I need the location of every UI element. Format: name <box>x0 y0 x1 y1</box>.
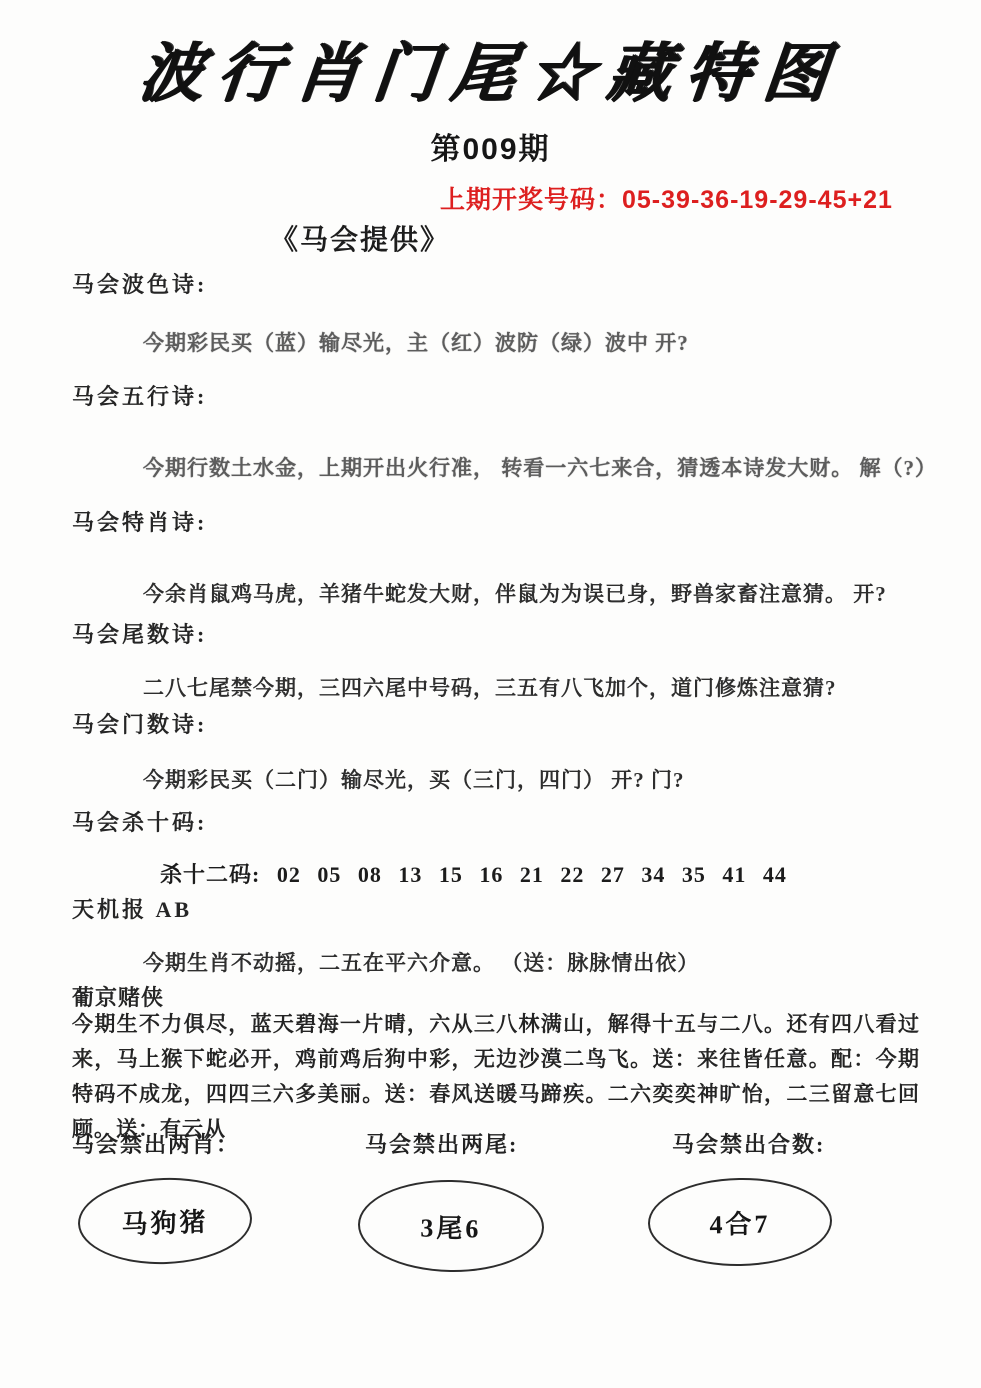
poem-weishu: 二八七尾禁今期，三四六尾中号码，三五有八飞加个，道门修炼注意猜? <box>143 672 837 702</box>
poem-menshu: 今期彩民买（二门）输尽光，买（三门，四门） 开? 门? <box>143 764 685 794</box>
ban-value-sum: 4合7 <box>709 1203 771 1241</box>
section-heading-wuxing: 马会五行诗: <box>72 380 207 411</box>
killed-numbers-line: 杀十二码: 02 05 08 13 15 16 21 22 27 34 35 4… <box>160 858 787 889</box>
poem-tianji: 今期生肖不动摇，二五在平六介意。 （送：脉脉情出依） <box>143 947 699 977</box>
ban-ellipse-tails: 3尾6 <box>357 1178 545 1273</box>
ban-ellipse-zodiac: 马狗猪 <box>77 1175 254 1267</box>
poem-texiao: 今余肖鼠鸡马虎，羊猪牛蛇发大财，伴鼠为为误已身，野兽家畜注意猜。 开? <box>143 578 887 608</box>
ban-label-sum: 马会禁出合数: <box>672 1128 825 1159</box>
section-heading-bose: 马会波色诗: <box>72 268 207 299</box>
provider-caption: 《马会提供》 <box>270 218 450 258</box>
lottery-tip-sheet: 波行肖门尾☆藏特图 第009期 上期开奖号码：05-39-36-19-29-45… <box>0 0 981 1388</box>
section-heading-texiao: 马会特肖诗: <box>72 506 207 537</box>
sheet-title: 波行肖门尾☆藏特图 <box>0 22 981 114</box>
pujing-verse: 今期生不力俱尽，蓝天碧海一片晴，六从三八林满山，解得十五与二八。还有四八看过来，… <box>72 1007 920 1147</box>
ban-label-tails: 马会禁出两尾: <box>365 1128 518 1159</box>
ban-value-tails: 3尾6 <box>420 1207 482 1245</box>
section-heading-weishu: 马会尾数诗: <box>72 618 207 649</box>
poem-bose: 今期彩民买（蓝）输尽光，主（红）波防（绿）波中 开? <box>143 327 689 357</box>
ban-label-zodiac: 马会禁出两肖： <box>72 1128 240 1159</box>
poem-wuxing: 今期行数土水金，上期开出火行准， 转看一六七来合，猜透本诗发大财。 解（?） <box>143 452 937 482</box>
section-heading-menshu: 马会门数诗: <box>72 708 207 739</box>
ban-value-zodiac: 马狗猪 <box>121 1201 209 1241</box>
section-heading-tianji: 天机报 AB <box>72 893 192 924</box>
last-draw-numbers: 上期开奖号码：05-39-36-19-29-45+21 <box>440 180 893 216</box>
issue-number: 第009期 <box>0 124 981 168</box>
section-heading-shashima: 马会杀十码: <box>72 806 207 837</box>
ban-ellipse-sum: 4合7 <box>647 1176 833 1267</box>
